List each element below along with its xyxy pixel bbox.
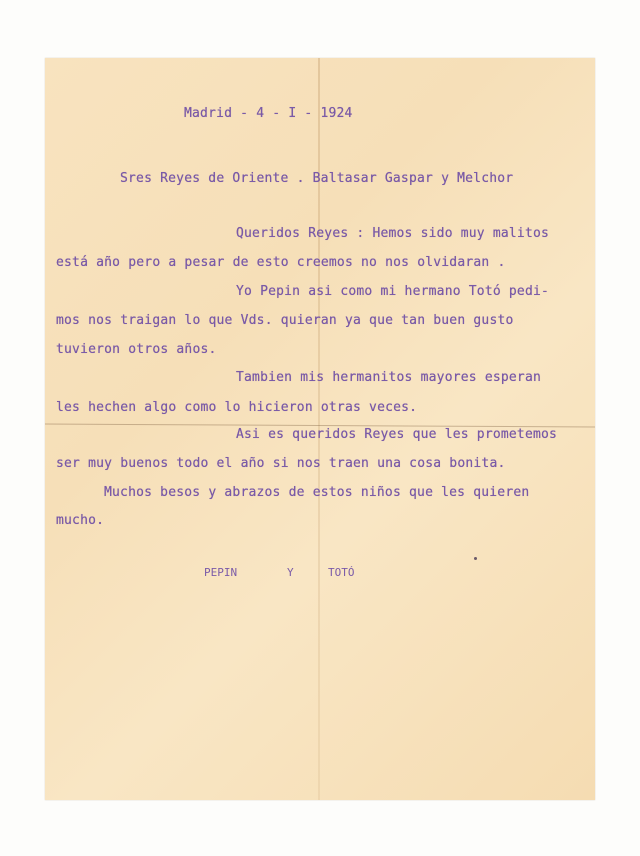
body-line: Asi es queridos Reyes que les prometemos	[236, 427, 557, 442]
body-line: mucho.	[56, 513, 104, 528]
body-line: Muchos besos y abrazos de estos niños qu…	[104, 485, 529, 500]
ink-speck	[474, 557, 477, 560]
salutation-line: Sres Reyes de Oriente . Baltasar Gaspar …	[120, 171, 513, 186]
body-line: Tambien mis hermanitos mayores esperan	[236, 370, 541, 385]
signature-name-2: TOTÓ	[328, 566, 355, 579]
signature-name-1: PEPIN	[204, 566, 237, 579]
signature-conjunction: Y	[287, 566, 294, 579]
body-line: les hechen algo como lo hicieron otras v…	[56, 400, 417, 415]
date-line: Madrid - 4 - I - 1924	[184, 106, 353, 121]
body-line: Yo Pepin asi como mi hermano Totó pedi-	[236, 284, 549, 299]
body-line: tuvieron otros años.	[56, 342, 217, 357]
body-line: mos nos traigan lo que Vds. quieran ya q…	[56, 313, 514, 328]
body-line: está año pero a pesar de esto creemos no…	[56, 255, 506, 270]
body-line: ser muy buenos todo el año si nos traen …	[56, 456, 506, 471]
body-line: Queridos Reyes : Hemos sido muy malitos	[236, 226, 549, 241]
